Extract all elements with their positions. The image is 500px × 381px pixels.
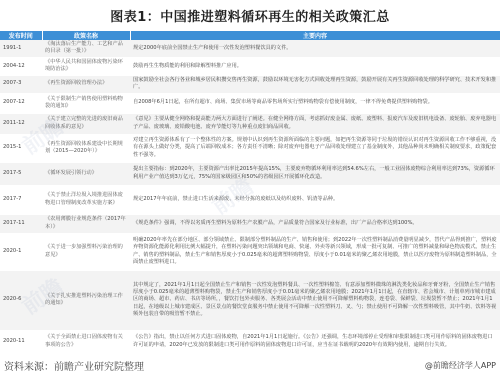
content-cell: 鼓励再生生物质能的利用和降解塑料推广应用。 (130, 57, 500, 75)
date-cell: 2017-7 (0, 185, 42, 214)
date-cell: 1991-1 (0, 40, 42, 57)
content-cell: 国家鼓励全社会各行各业和城乡居民积攒交售再生资源，鼓励以环境无害化方式回收处理再… (130, 75, 500, 93)
table-row: 1991-1《淘汰落后生产能力、工艺和产品的目录（第一批）》规定2000年底前全… (0, 40, 500, 57)
content-cell: 《规范条件》强调，不得以劣质再生塑料为原料生产农膜产品，产品质量符合国家及行业标… (130, 214, 500, 233)
policy-table: 发布时间 政策名称 主要内容 1991-1《淘汰落后生产能力、工艺和产品的目录（… (0, 31, 500, 354)
content-cell: 其中规定了，2021年1月1日起全国禁止生产和销售一次性发泡塑料餐具、一次性塑料… (130, 270, 500, 330)
table-body: 1991-1《淘汰落后生产能力、工艺和产品的目录（第一批）》规定2000年底前全… (0, 40, 500, 353)
column-header-policy-name: 政策名称 (42, 31, 130, 40)
date-cell: 2020-1 (0, 233, 42, 270)
content-cell: 自2008年6月1日起，在所有超市、商场、集贸市场等商品零售场所实行塑料购物袋有… (130, 93, 500, 113)
policy-name-cell: 《关于限制生产销售使用塑料购物袋的通知》 (42, 93, 130, 113)
policy-name-cell: 《淘汰落后生产能力、工艺和产品的目录（第一批）》 (42, 40, 130, 57)
content-cell: 《意见》主要从健全网络和提高能力两大方面进行了阐述。在健全网络方面，考虑抓好废金… (130, 113, 500, 134)
policy-name-cell: 《关于进一步加强塑料污染治理的意见》 (42, 233, 130, 270)
date-cell: 2015-1 (0, 134, 42, 162)
table-row: 2007-12《关于限制生产销售使用塑料购物袋的通知》自2008年6月1日起，在… (0, 93, 500, 113)
table-row: 2017-11《农用薄膜行业规范条件（2017年本）》《规范条件》强调，不得以劣… (0, 214, 500, 233)
content-cell: 明确2020年率先在部分地区、部分领域禁止、限制部分塑料制品的生产、销售和使用；… (130, 233, 500, 270)
credit-note: @前瞻经济学人APP (425, 360, 496, 371)
content-cell: 规定2000年底前全国禁止生产和使用一次性发泡塑料餐饮具的文件。 (130, 40, 500, 57)
policy-name-cell: 《关于全面禁止进口固体废物有关事项的公告》 (42, 330, 130, 353)
policy-name-cell: 《再生资源回收体系建设中长期规划（2015—2020年）》 (42, 134, 130, 162)
policy-name-cell: 《再生资源回收管理办法》 (42, 75, 130, 93)
content-cell: 对建立再生资源体系有了一个整体性的方案。规划中认识到再生资源所面临的主要问题，如… (130, 134, 500, 162)
table-row: 2017-7《关于禁止洋垃圾入境推进固体废物进口管理制度改革实施方案》规定201… (0, 185, 500, 214)
table-row: 2017-5《循环发展引领行动》提出主要指标：到2020年，主要资源产出率比20… (0, 162, 500, 185)
column-header-content: 主要内容 (130, 31, 500, 40)
table-row: 2007-3《再生资源回收管理办法》国家鼓励全社会各行各业和城乡居民积攒交售再生… (0, 75, 500, 93)
policy-name-cell: 《关于禁止洋垃圾入境推进固体废物进口管理制度改革实施方案》 (42, 185, 130, 214)
date-cell: 2020-11 (0, 330, 42, 353)
source-note: 资料来源：前瞻产业研究院整理 (4, 358, 144, 373)
date-cell: 2007-12 (0, 93, 42, 113)
table-row: 2004-12《中华人民共和国固体废物污染环境防治法》鼓励再生生物质能的利用和降… (0, 57, 500, 75)
date-cell: 2011-12 (0, 113, 42, 134)
table-row: 2020-11《关于全面禁止进口固体废物有关事项的公告》《公告》指出，禁止以任何… (0, 330, 500, 353)
table-row: 2015-1《再生资源回收体系建设中长期规划（2015—2020年）》对建立再生… (0, 134, 500, 162)
column-header-date: 发布时间 (0, 31, 42, 40)
table-row: 2011-12《关于建立完整的先进的废旧商品回收体系的意见》《意见》主要从健全网… (0, 113, 500, 134)
date-cell: 2020-6 (0, 270, 42, 330)
policy-name-cell: 《循环发展引领行动》 (42, 162, 130, 185)
content-cell: 《公告》指出，禁止以任何方式进口固体废物，自2021年1月1日起施行。《公告》还… (130, 330, 500, 353)
policy-name-cell: 《中华人民共和国固体废物污染环境防治法》 (42, 57, 130, 75)
date-cell: 2007-3 (0, 75, 42, 93)
policy-name-cell: 《农用薄膜行业规范条件（2017年本）》 (42, 214, 130, 233)
date-cell: 2017-11 (0, 214, 42, 233)
policy-name-cell: 《关于扎实推进塑料污染治理工作的通知》 (42, 270, 130, 330)
page-title: 图表1：中国推进塑料循环再生的相关政策汇总 (0, 6, 500, 25)
date-cell: 2004-12 (0, 57, 42, 75)
content-cell: 规定2017年年底前，禁止进口生活来源废、未经分拣的废纸以及纺织废料、钒渣等品种… (130, 185, 500, 214)
content-cell: 提出主要指标：到2020年，主要资源产出率比2015年提高15%，主要废弃物循环… (130, 162, 500, 185)
policy-name-cell: 《关于建立完整的先进的废旧商品回收体系的意见》 (42, 113, 130, 134)
table-row: 2020-1《关于进一步加强塑料污染治理的意见》明确2020年率先在部分地区、部… (0, 233, 500, 270)
table-header-row: 发布时间 政策名称 主要内容 (0, 31, 500, 40)
date-cell: 2017-5 (0, 162, 42, 185)
table-row: 2020-6《关于扎实推进塑料污染治理工作的通知》其中规定了，2021年1月1日… (0, 270, 500, 330)
